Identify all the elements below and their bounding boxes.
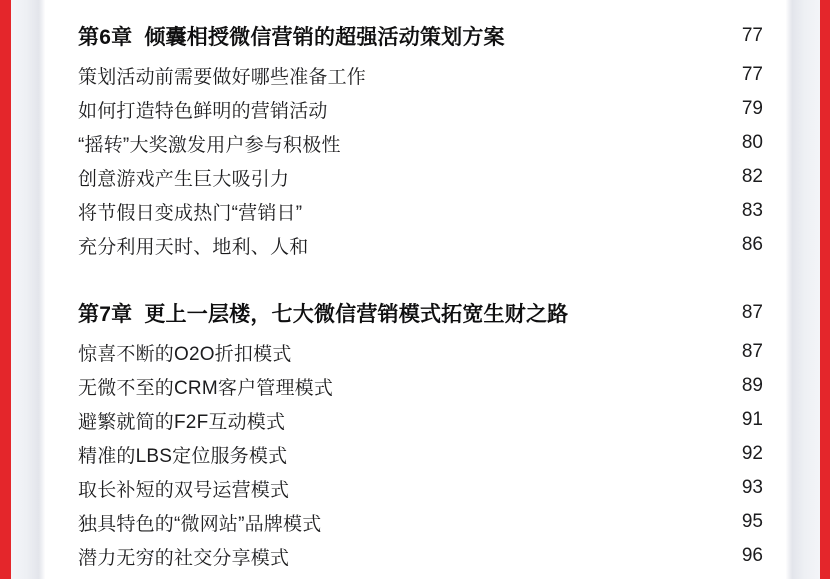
entry-title: 取长补短的双号运营模式 xyxy=(78,475,289,502)
entry-page-number: 89 xyxy=(742,375,763,397)
chapter-page-number: 77 xyxy=(742,25,763,47)
entry-page-number: 83 xyxy=(742,200,763,222)
entry-title: “摇转”大奖激发用户参与积极性 xyxy=(78,130,341,157)
toc-item-row[interactable]: 精准的LBS定位服务模式 92 xyxy=(78,437,763,471)
entry-title: 策划活动前需要做好哪些准备工作 xyxy=(78,62,366,89)
entry-page-number: 86 xyxy=(742,234,763,256)
entry-page-number: 87 xyxy=(742,341,763,363)
entry-page-number: 92 xyxy=(742,443,763,465)
toc-item-row[interactable]: 策划活动前需要做好哪些准备工作 77 xyxy=(78,58,763,92)
chapter-page-number: 87 xyxy=(742,302,763,324)
entry-page-number: 77 xyxy=(742,64,763,86)
entry-page-number: 95 xyxy=(742,511,763,533)
ebook-toc-page: { "page": { "accent_red": "#e4262b", "ba… xyxy=(0,0,830,579)
toc-item-row[interactable]: 无微不至的CRM客户管理模式 89 xyxy=(78,369,763,403)
entry-title: 创意游戏产生巨大吸引力 xyxy=(78,164,289,191)
entry-title: 潜力无穷的社交分享模式 xyxy=(78,543,289,570)
right-red-edge-bar xyxy=(820,0,830,579)
entry-title: 充分利用天时、地利、人和 xyxy=(78,232,308,259)
toc-chapter-row[interactable]: 第6章 倾囊相授微信营销的超强活动策划方案 77 xyxy=(78,19,763,53)
chapter-title: 第6章 倾囊相授微信营销的超强活动策划方案 xyxy=(78,21,505,51)
entry-page-number: 96 xyxy=(742,545,763,567)
entry-title: 独具特色的“微网站”品牌模式 xyxy=(78,509,321,536)
toc-item-row[interactable]: 充分利用天时、地利、人和 86 xyxy=(78,228,763,262)
toc-item-row[interactable]: 独具特色的“微网站”品牌模式 95 xyxy=(78,505,763,539)
chapter-title: 第7章 更上一层楼，七大微信营销模式拓宽生财之路 xyxy=(78,298,568,328)
entry-title: 如何打造特色鲜明的营销活动 xyxy=(78,96,328,123)
entry-title: 惊喜不断的O2O折扣模式 xyxy=(78,339,292,366)
left-red-edge-bar xyxy=(0,0,11,579)
toc-chapter-row[interactable]: 第7章 更上一层楼，七大微信营销模式拓宽生财之路 87 xyxy=(78,296,763,330)
entry-page-number: 80 xyxy=(742,132,763,154)
entry-title: 精准的LBS定位服务模式 xyxy=(78,441,287,468)
entry-page-number: 93 xyxy=(742,477,763,499)
entry-page-number: 82 xyxy=(742,166,763,188)
toc-item-row[interactable]: 将节假日变成热门“营销日” 83 xyxy=(78,194,763,228)
entry-page-number: 91 xyxy=(742,409,763,431)
left-page-shadow xyxy=(11,0,45,579)
table-of-contents: 第6章 倾囊相授微信营销的超强活动策划方案 77 策划活动前需要做好哪些准备工作… xyxy=(78,0,763,573)
right-page-shadow xyxy=(786,0,820,579)
toc-item-row[interactable]: 潜力无穷的社交分享模式 96 xyxy=(78,539,763,573)
toc-item-row[interactable]: 惊喜不断的O2O折扣模式 87 xyxy=(78,335,763,369)
entry-title: 无微不至的CRM客户管理模式 xyxy=(78,373,333,400)
toc-item-row[interactable]: 创意游戏产生巨大吸引力 82 xyxy=(78,160,763,194)
toc-item-row[interactable]: “摇转”大奖激发用户参与积极性 80 xyxy=(78,126,763,160)
toc-item-row[interactable]: 如何打造特色鲜明的营销活动 79 xyxy=(78,92,763,126)
entry-title: 避繁就简的F2F互动模式 xyxy=(78,407,285,434)
entry-page-number: 79 xyxy=(742,98,763,120)
toc-item-row[interactable]: 避繁就简的F2F互动模式 91 xyxy=(78,403,763,437)
toc-item-row[interactable]: 取长补短的双号运营模式 93 xyxy=(78,471,763,505)
entry-title: 将节假日变成热门“营销日” xyxy=(78,198,302,225)
